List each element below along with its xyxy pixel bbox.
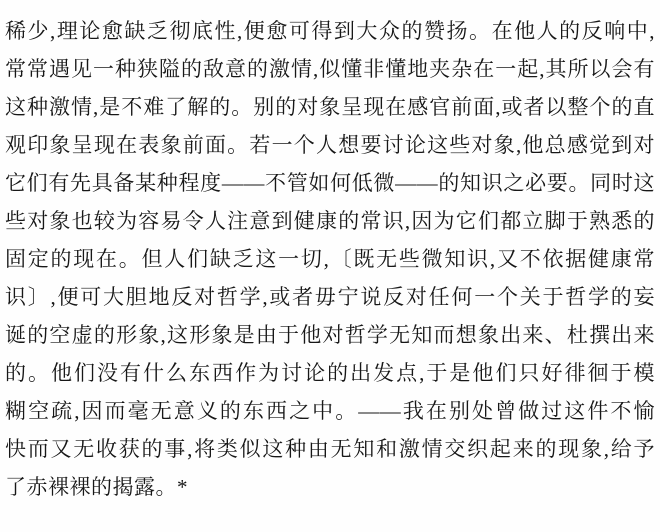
text-line-12: 快而又无收获的事,将类似这种由无知和激情交织起来的现象,给予 bbox=[5, 430, 655, 468]
text-line-13: 了赤裸裸的揭露。* bbox=[5, 468, 655, 506]
text-line-3: 这种激情,是不难了解的。别的对象呈现在感官前面,或者以整个的直 bbox=[5, 88, 655, 126]
text-line-4: 观印象呈现在表象前面。若一个人想要讨论这些对象,他总感觉到对 bbox=[5, 126, 655, 164]
text-line-1: 稀少,理论愈缺乏彻底性,便愈可得到大众的赞扬。在他人的反响中, bbox=[5, 12, 655, 50]
text-line-9: 诞的空虚的形象,这形象是由于他对哲学无知而想象出来、杜撰出来 bbox=[5, 316, 655, 354]
book-page: 稀少,理论愈缺乏彻底性,便愈可得到大众的赞扬。在他人的反响中, 常常遇见一种狭隘… bbox=[0, 0, 660, 532]
text-line-10: 的。他们没有什么东西作为讨论的出发点,于是他们只好徘徊于模 bbox=[5, 354, 655, 392]
text-line-7: 固定的现在。但人们缺乏这一切,〔既无些微知识,又不依据健康常 bbox=[5, 240, 655, 278]
text-line-6: 些对象也较为容易令人注意到健康的常识,因为它们都立脚于熟悉的 bbox=[5, 202, 655, 240]
text-line-2: 常常遇见一种狭隘的敌意的激情,似懂非懂地夹杂在一起,其所以会有 bbox=[5, 50, 655, 88]
text-line-8: 识〕,便可大胆地反对哲学,或者毋宁说反对任何一个关于哲学的妄 bbox=[5, 278, 655, 316]
text-line-11: 糊空疏,因而毫无意义的东西之中。——我在别处曾做过这件不愉 bbox=[5, 392, 655, 430]
text-line-5: 它们有先具备某种程度——不管如何低微——的知识之必要。同时这 bbox=[5, 164, 655, 202]
